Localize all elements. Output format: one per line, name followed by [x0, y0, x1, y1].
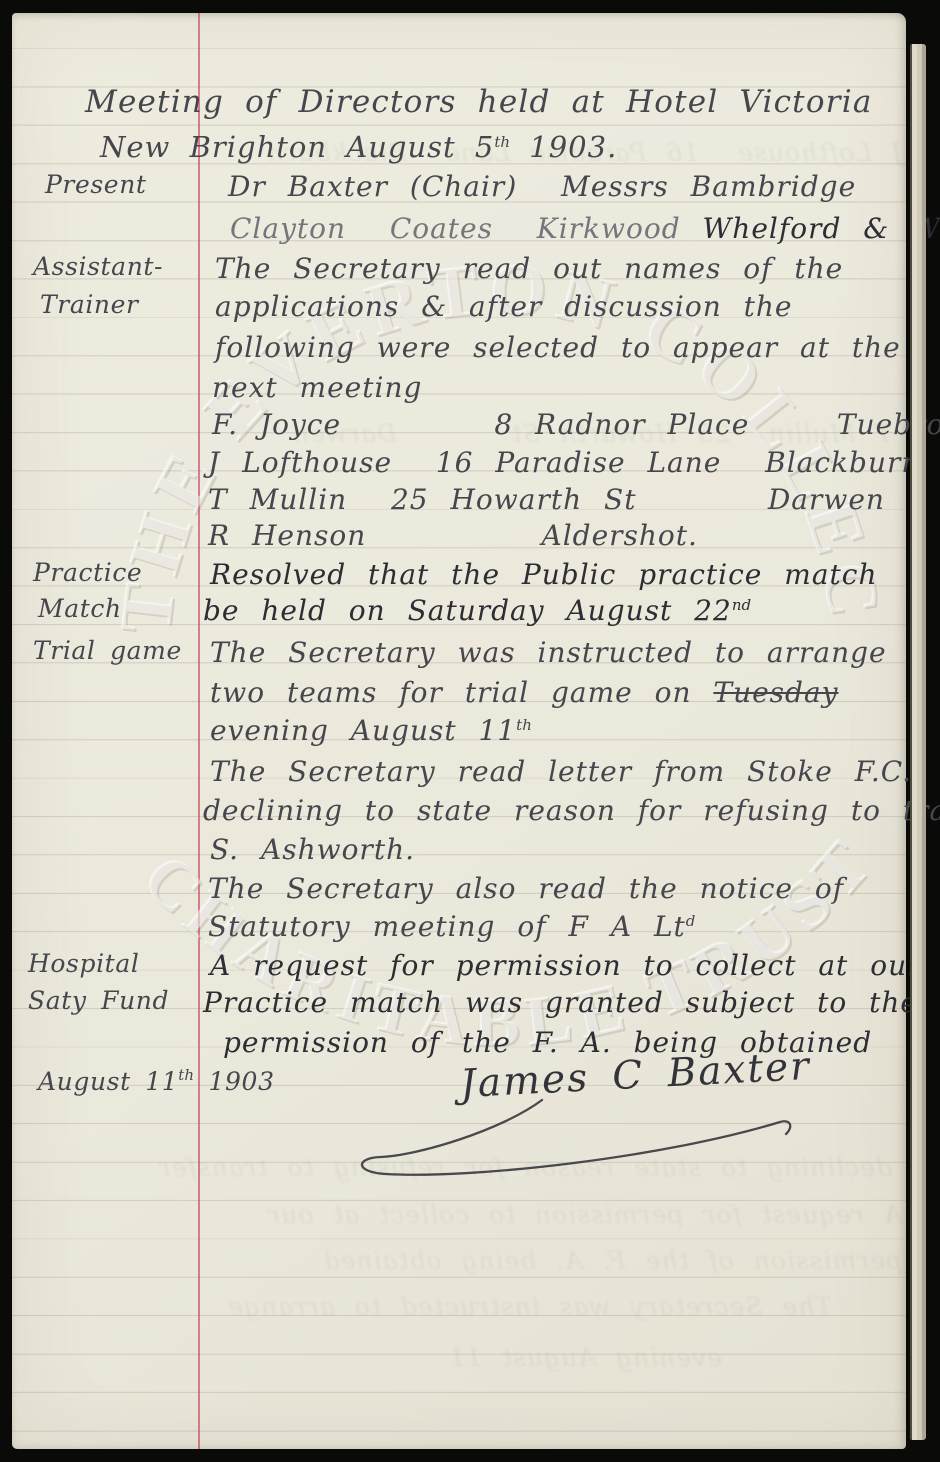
minute-line: S. Ashworth.: [12, 833, 906, 871]
minute-line: Statutory meeting of F A Ltd: [12, 910, 906, 948]
minute-line: R Henson Aldershot.: [12, 519, 906, 557]
minute-line: Present Dr Baxter (Chair) Messrs Bambrid…: [12, 170, 906, 208]
minute-line: next meeting: [12, 371, 906, 409]
bleed-through-text: permission of the F. A. being obtained: [202, 1246, 902, 1275]
minute-line: Saty Fund Practice match was granted sub…: [12, 986, 906, 1024]
minute-line: J Lofthouse 16 Paradise Lane Blackburn: [12, 446, 906, 484]
minute-line: declining to state reason for refusing t…: [12, 794, 906, 832]
margin-note-trial-game: Trial game: [33, 636, 182, 665]
margin-note-assistant-trainer: Trainer: [40, 290, 139, 319]
minute-line: Trainer applications & after discussion …: [12, 290, 906, 328]
margin-note-date: August 11th 1903: [38, 1066, 275, 1096]
margin-note-practice-match: Match: [38, 594, 122, 623]
minute-line: Trial game The Secretary was instructed …: [12, 636, 906, 674]
margin-note-practice-match: Practice: [33, 558, 142, 587]
minute-line: The Secretary read letter from Stoke F.C…: [12, 755, 906, 793]
margin-note-hospital-saty-fund: Saty Fund: [28, 986, 169, 1015]
minute-line: Match be held on Saturday August 22nd: [12, 594, 906, 632]
minute-line: Hospital A request for permission to col…: [12, 949, 906, 987]
minute-line: T Mullin 25 Howarth St Darwen: [12, 483, 906, 521]
signature-flourish: [342, 1058, 922, 1198]
minute-line: Clayton Coates Kirkwood Whelford & Wrigh…: [12, 212, 906, 250]
bleed-through-text: The Secretary was instructed to arrange: [72, 1292, 832, 1321]
minute-line: Meeting of Directors held at Hotel Victo…: [12, 84, 906, 122]
scanned-minute-book-photo: { "document_type": "handwritten-minute-b…: [0, 0, 940, 1462]
bleed-through-text: A request for permission to collect at o…: [122, 1200, 902, 1229]
minute-line: evening August 11th: [12, 714, 906, 752]
minute-line: The Secretary also read the notice of: [12, 872, 906, 910]
minute-line: New Brighton August 5th 1903.: [12, 130, 906, 168]
minute-line: Practice Resolved that the Public practi…: [12, 558, 906, 596]
margin-note-hospital-saty-fund: Hospital: [28, 949, 139, 978]
margin-note-assistant-trainer: Assistant-: [33, 252, 163, 281]
minute-line: F. Joyce 8 Radnor Place Tuebrook: [12, 408, 906, 446]
bleed-through-text: evening August 11: [302, 1343, 722, 1372]
ledger-page: THE EVERTON COLLECTION THE EVERTON COLLE…: [12, 13, 906, 1449]
margin-note-present: Present: [45, 170, 147, 199]
title-line-1: Meeting of Directors held at Hotel Victo…: [85, 84, 873, 120]
adjacent-page-edge: [910, 44, 926, 1440]
minute-line: Assistant- The Secretary read out names …: [12, 252, 906, 290]
title-line-2: New Brighton August 5th 1903.: [100, 130, 617, 164]
minute-line: following were selected to appear at the: [12, 331, 906, 369]
minute-line: two teams for trial game on Tuesday: [12, 676, 906, 714]
